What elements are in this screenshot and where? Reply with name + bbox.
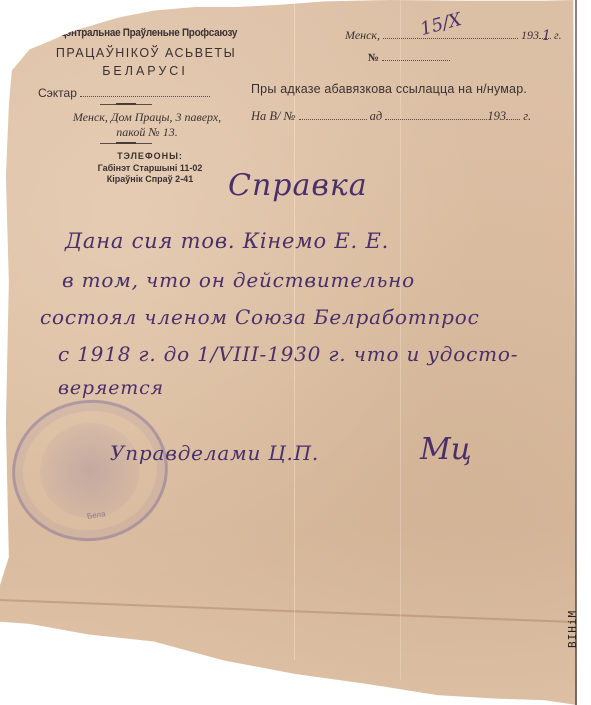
body-line: состоял членом Союза Белработпрос (40, 305, 480, 329)
ref-label: На В/ № (251, 109, 295, 123)
ref-from-label: ад (370, 109, 383, 123)
letterhead-org-line2: ПРАЦАЎНІКОЎ АСЬВЕТЫ (34, 46, 258, 60)
archive-watermark: BIHiM (566, 610, 579, 648)
ref-year-prefix: 193 (487, 109, 506, 123)
year-suffix: г. (554, 28, 562, 42)
date-blank (383, 37, 518, 39)
sector-field: Сэктар (38, 86, 216, 100)
sector-blank (80, 95, 210, 97)
letterhead-org-line3: БЕЛАРУСІ (40, 64, 250, 78)
city-label: Менск, (345, 28, 380, 42)
handwritten-year-digit: 1 (542, 28, 551, 44)
letterhead-org-line1: Цэнтральнае Праўленьне Профсаюзу (58, 27, 238, 39)
number-blank (382, 59, 450, 61)
body-line: в том, что он действительно (62, 268, 415, 292)
phone-line-2: Кіраўнік Спраў 2-41 (55, 174, 245, 184)
ref-number-blank (299, 118, 367, 120)
fold-line (294, 0, 295, 660)
body-line: Дана сия тов. Кінемо Е. Е. (65, 229, 389, 253)
phones-title: ТЭЛЕФОНЫ: (55, 151, 245, 161)
address: Менск, Дом Працы, 3 паверх, пакой № 13. (32, 110, 262, 140)
divider (116, 103, 136, 105)
fold-line (400, 0, 401, 680)
reference-field: На В/ № ад 193 г. (251, 109, 531, 124)
address-line2: пакой № 13. (32, 125, 262, 140)
ref-year-blank (506, 118, 520, 120)
number-field: № (368, 52, 450, 64)
document-paper: Цэнтральнае Праўленьне Профсаюзу ПРАЦАЎН… (0, 0, 591, 705)
signature: Мц (420, 432, 472, 467)
phone-line-1: Габінэт Старшыні 11-02 (55, 163, 245, 173)
body-line: веряется (58, 377, 164, 399)
signature-title: Управделами Ц.П. (110, 441, 319, 465)
body-line: с 1918 г. до 1/VIII-1930 г. что и удосто… (58, 342, 518, 366)
scan-edge (575, 0, 577, 705)
official-stamp: Бела (3, 390, 177, 551)
year-prefix: 193 (521, 28, 539, 42)
number-label: № (368, 52, 379, 64)
address-line1: Менск, Дом Працы, 3 паверх, (32, 110, 262, 125)
reply-note: Пры адказе абавязкова ссылацца на н/нума… (251, 82, 527, 96)
sector-label: Сэктар (38, 86, 77, 100)
document-title: Справка (228, 168, 368, 203)
ref-year-suffix: г. (523, 109, 531, 123)
ref-date-blank (385, 118, 487, 120)
divider (116, 142, 136, 144)
